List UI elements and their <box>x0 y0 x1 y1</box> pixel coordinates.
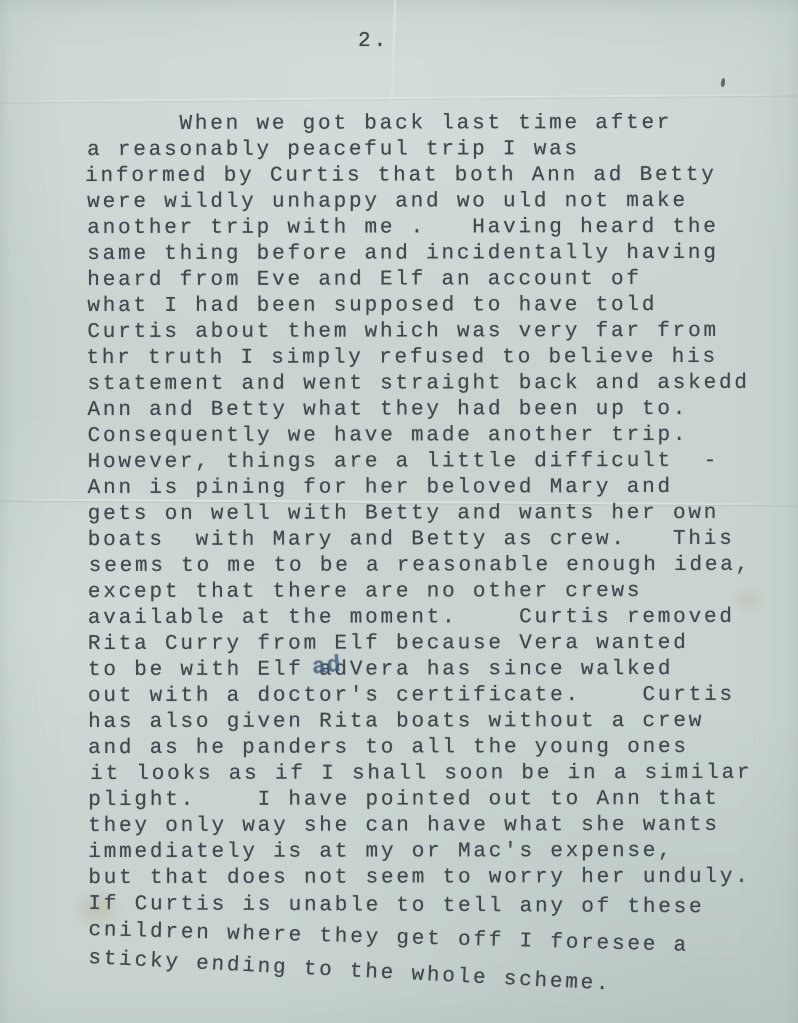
letter-line: it looks as if I shall soon be in a simi… <box>90 761 752 788</box>
letter-line: Ann is pining for her beloved Mary and <box>88 475 750 502</box>
fold-crease-top <box>0 94 798 103</box>
letter-line: Rita Curry from Elf because Vera wanted <box>88 631 750 658</box>
letter-line: boats with Mary and Betty as crew. This <box>88 527 750 554</box>
letter-line: heard from Eve and Elf an account of <box>87 267 749 294</box>
letter-line: and as he panders to all the young ones <box>88 735 750 762</box>
letter-line: However, things are a little difficult - <box>88 449 750 476</box>
letter-line: but that does not seem to worry her undu… <box>88 865 750 892</box>
letter-line: gets on well with Betty and wants her ow… <box>88 501 750 528</box>
ink-correction-overstrike: ad <box>311 652 343 681</box>
letter-line: Ann and Betty what they had been up to. <box>87 397 749 424</box>
letter-line: out with a doctor's certificate. Curtis <box>88 683 750 710</box>
letter-line: has also given Rita boats without a crew <box>88 709 750 736</box>
page-number: 2. <box>358 30 389 53</box>
letter-line: were wildly unhappy and wo uld not make <box>87 189 749 216</box>
letter-line: another trip with me . Having heard the <box>87 215 749 242</box>
letter-line: statement and went straight back and ask… <box>87 371 749 398</box>
letter-line: except that there are no other crews <box>88 579 750 606</box>
letter-page: 2. When we got back last time aftera rea… <box>0 0 798 1023</box>
letter-line: If Curtis is unable to tell any of these <box>88 892 750 921</box>
ink-speck <box>720 78 725 87</box>
letter-line: seems to me to be a reasonable enough id… <box>89 553 751 580</box>
letter-line: plight. I have pointed out to Ann that <box>88 787 750 814</box>
letter-line: Consequently we have made another trip. <box>88 423 750 450</box>
letter-line: Curtis about them which was very far fro… <box>87 319 749 346</box>
letter-line: available at the moment. Curtis removed <box>88 605 750 632</box>
letter-line: they only way she can have what she want… <box>88 813 750 840</box>
letter-line: When we got back last time after <box>87 111 749 138</box>
letter-line: immediately is at my or Mac's expense, <box>88 839 750 866</box>
letter-line: a reasonably peaceful trip I was <box>87 137 749 164</box>
letter-line: thr truth I simply refused to believe hi… <box>86 345 748 372</box>
letter-body: When we got back last time aftera reason… <box>87 111 751 970</box>
letter-line: what I had been supposed to have told <box>87 293 749 320</box>
letter-line: same thing before and incidentally havin… <box>87 241 749 268</box>
letter-line: to be with Elf adVera has since walked <box>88 657 750 684</box>
letter-line: informed by Curtis that both Ann ad Bett… <box>85 163 747 190</box>
